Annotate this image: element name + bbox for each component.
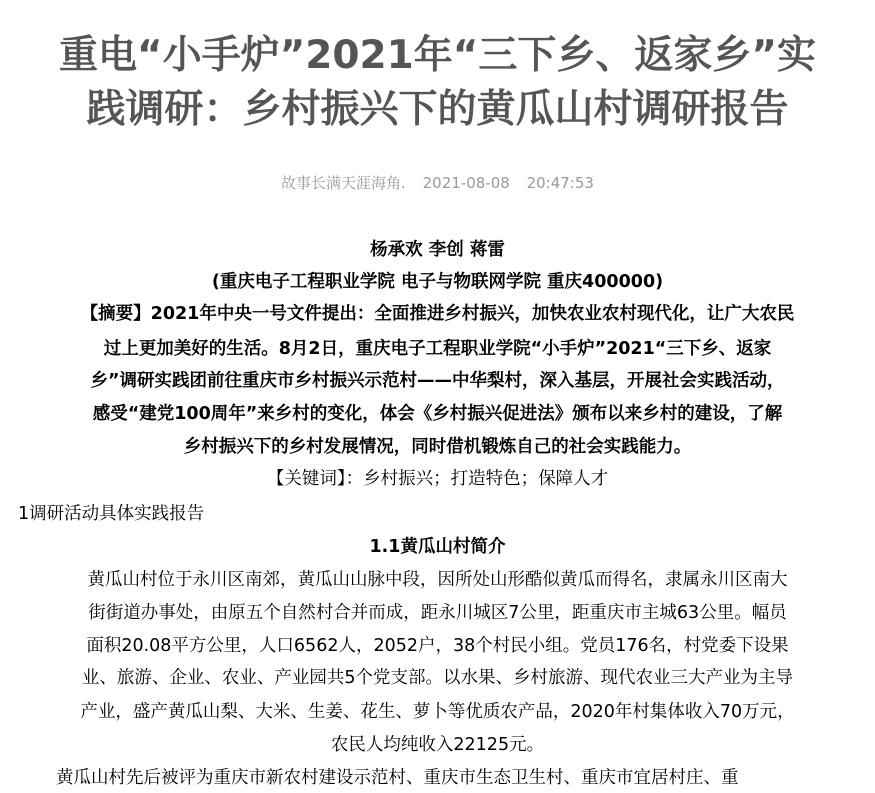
paper-authors: 杨承欢 李创 蒋雷 (0, 238, 875, 262)
intro-line-2: 街街道办事处，由原五个自然村合并而成，距永川城区7公里，距重庆市主城63公里。幅… (0, 601, 875, 625)
article-title-line-1: 重电“小手炉”2021年“三下乡、返家乡”实 (0, 30, 875, 82)
intro-line-3: 面积20.08平方公里，人口6562人，2052户，38个村民小组。党员176名… (0, 634, 875, 658)
abstract-line-3: 乡”调研实践团前往重庆市乡村振兴示范村——中华梨村，深入基层，开展社会实践活动， (0, 369, 875, 393)
publish-time: 20:47:53 (527, 174, 594, 192)
keywords: 【关键词】：乡村振兴；打造特色；保障人才 (0, 467, 875, 491)
author-name[interactable]: 故事长满天涯海角. (281, 174, 406, 192)
subsection-heading: 1.1黄瓜山村简介 (0, 535, 875, 559)
paper-affiliation: (重庆电子工程职业学院 电子与物联网学院 重庆400000) (0, 270, 875, 294)
intro-line-6: 农民人均纯收入22125元。 (0, 733, 875, 757)
paragraph-2-line-1: 黄瓜山村先后被评为重庆市新农村建设示范村、重庆市生态卫生村、重庆市宜居村庄、重 (56, 766, 875, 790)
abstract-line-4: 感受“建党100周年”来乡村的变化，体会《乡村振兴促进法》颁布以来乡村的建设，了… (0, 402, 875, 426)
intro-line-4: 业、旅游、企业、农业、产业园共5个党支部。以水果、乡村旅游、现代农业三大产业为主… (0, 666, 875, 690)
abstract-line-1: 【摘要】2021年中央一号文件提出：全面推进乡村振兴，加快农业农村现代化，让广大… (0, 302, 875, 326)
abstract-line-2: 过上更加美好的生活。8月2日，重庆电子工程职业学院“小手炉”2021“三下乡、返… (0, 337, 875, 361)
publish-date: 2021-08-08 (423, 174, 510, 192)
intro-line-5: 产业，盛产黄瓜山梨、大米、生姜、花生、萝卜等优质农产品，2020年村集体收入70… (0, 700, 875, 724)
article-meta: 故事长满天涯海角. 2021-08-08 20:47:53 (0, 172, 875, 193)
abstract-line-5: 乡村振兴下的乡村发展情况，同时借机锻炼自己的社会实践能力。 (0, 435, 875, 459)
intro-line-1: 黄瓜山村位于永川区南郊，黄瓜山山脉中段，因所处山形酷似黄瓜而得名，隶属永川区南大 (0, 568, 875, 592)
section-heading: 1调研活动具体实践报告 (18, 502, 875, 526)
article-title-line-2: 践调研：乡村振兴下的黄瓜山村调研报告 (0, 84, 875, 136)
